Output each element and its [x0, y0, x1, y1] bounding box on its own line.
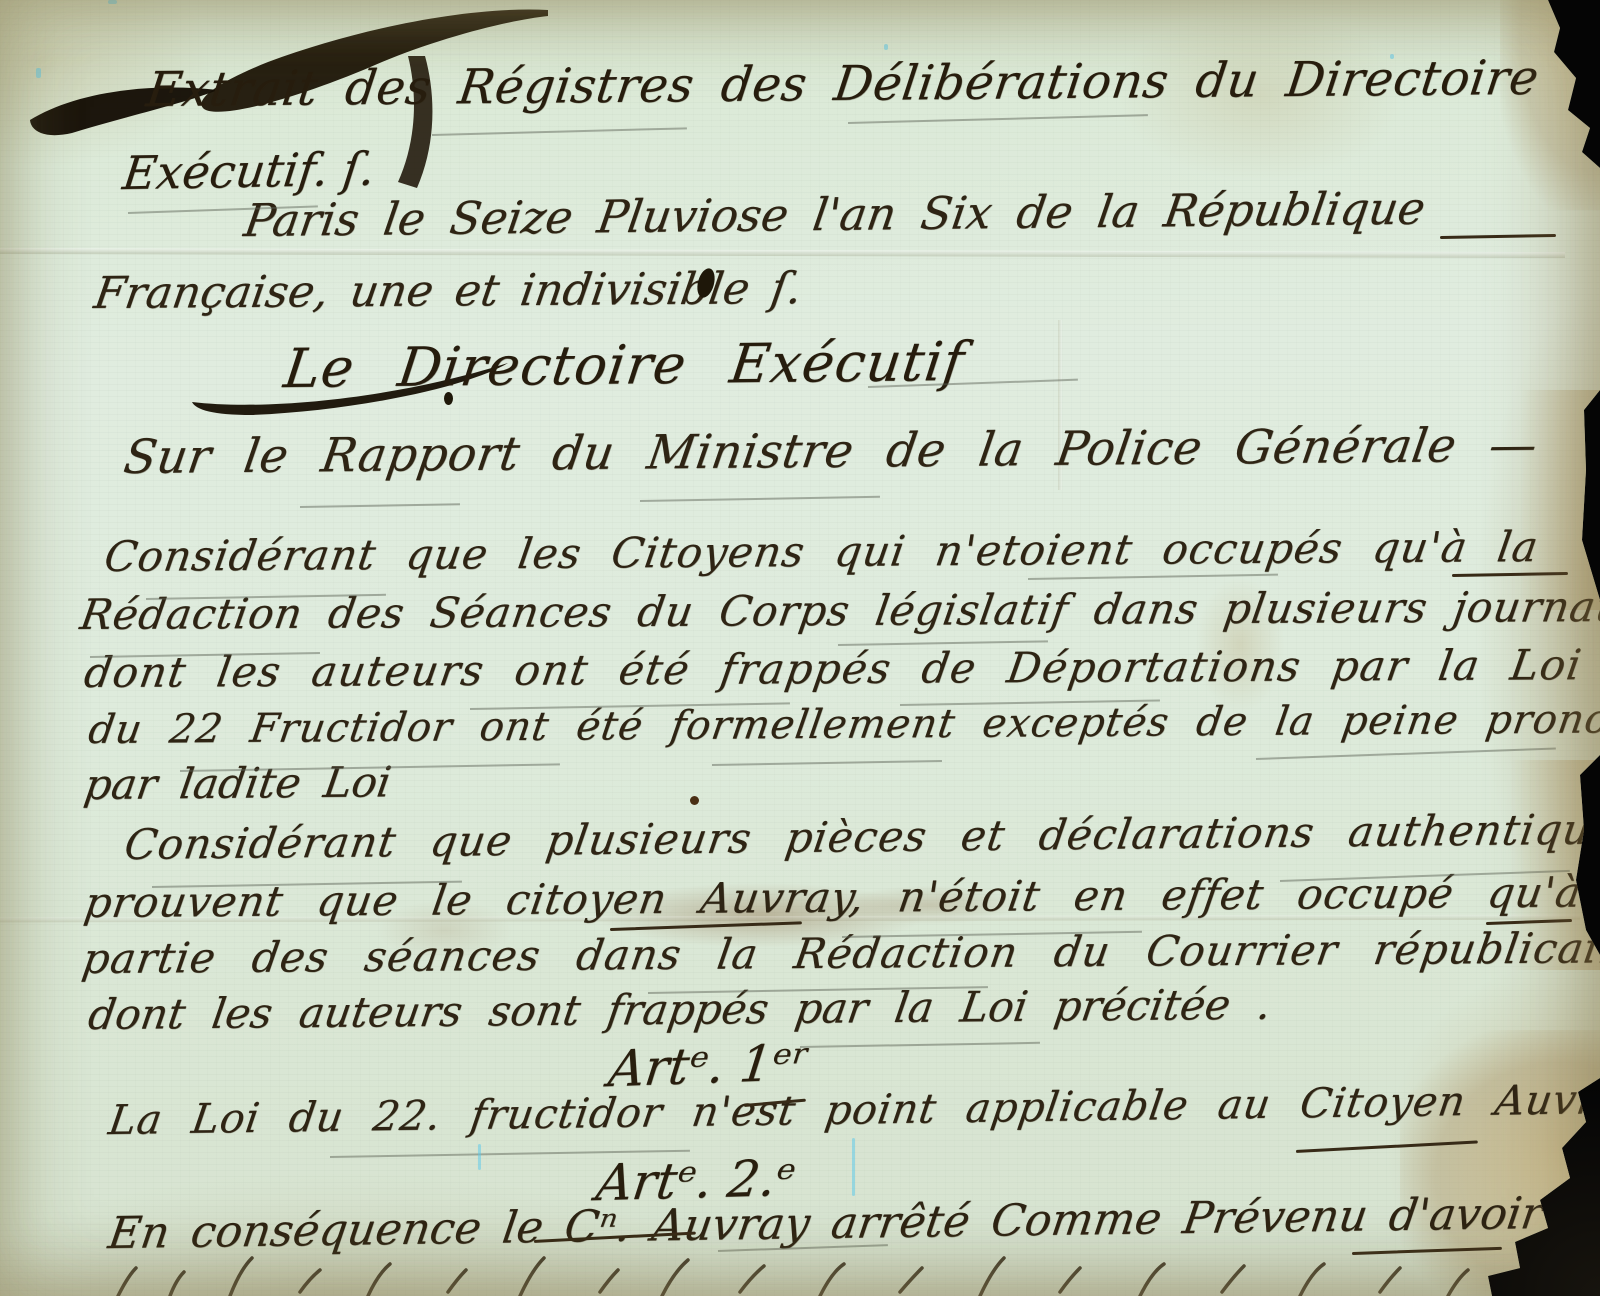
heading-line-2: Exécutif. ſ. — [120, 146, 377, 196]
blue-fleck — [852, 1138, 855, 1196]
report-line: Sur le Rapport du Ministre de la Police … — [121, 422, 1541, 481]
torn-edge-shading — [1400, 1030, 1600, 1296]
pencil-underline — [1028, 574, 1278, 580]
ink-blot — [690, 796, 699, 805]
article1-line-1: La Loi du 22. fructidor n'est point appl… — [106, 1079, 1600, 1142]
considerant1-line-2: Rédaction des Séances du Corps législati… — [78, 586, 1600, 636]
auvray-underline — [1296, 1140, 1478, 1153]
considerant1-line-1: Considérant que les Citoyens qui n'etoie… — [102, 526, 1542, 578]
considerant2-line-3: partie des séances dans la Rédaction du … — [80, 927, 1600, 980]
considerant2-line-2: prouvent que le citoyen Auvray, n'étoit … — [82, 871, 1600, 924]
pencil-underline — [432, 127, 687, 136]
pencil-underline — [800, 1042, 1040, 1048]
line-end-dash — [1440, 234, 1556, 239]
considerant1-line-4: du 22 Fructidor ont été formellement exc… — [86, 699, 1600, 750]
blue-fleck — [36, 68, 41, 78]
pencil-underline — [300, 503, 460, 508]
ink-blot — [444, 392, 453, 405]
heading-line-1: Extrait des Régistres des Délibérations … — [144, 54, 1542, 114]
line-end-dash — [1352, 1247, 1502, 1255]
opening-line: Le Directoire Exécutif — [281, 335, 968, 396]
pencil-underline — [848, 114, 1148, 124]
considerant2-line-1: Considérant que plusieurs pièces et décl… — [122, 808, 1600, 866]
pencil-underline — [640, 496, 880, 502]
pencil-underline — [1256, 748, 1556, 760]
line-end-dash — [1452, 572, 1568, 577]
paper-sheet: Extrait des Régistres des Délibérations … — [0, 0, 1600, 1296]
blue-fleck — [108, 0, 117, 4]
blue-fleck — [1390, 54, 1394, 59]
blue-fleck — [884, 44, 888, 50]
manuscript-photo: Extrait des Régistres des Délibérations … — [0, 0, 1600, 1296]
dateline-line-1: Paris le Seize Pluviose l'an Six de la R… — [241, 186, 1428, 243]
partial-bottom-line — [118, 1258, 1468, 1296]
blue-fleck — [478, 1144, 481, 1170]
fold-crease-horizontal — [0, 248, 1565, 258]
pencil-underline — [712, 760, 942, 766]
